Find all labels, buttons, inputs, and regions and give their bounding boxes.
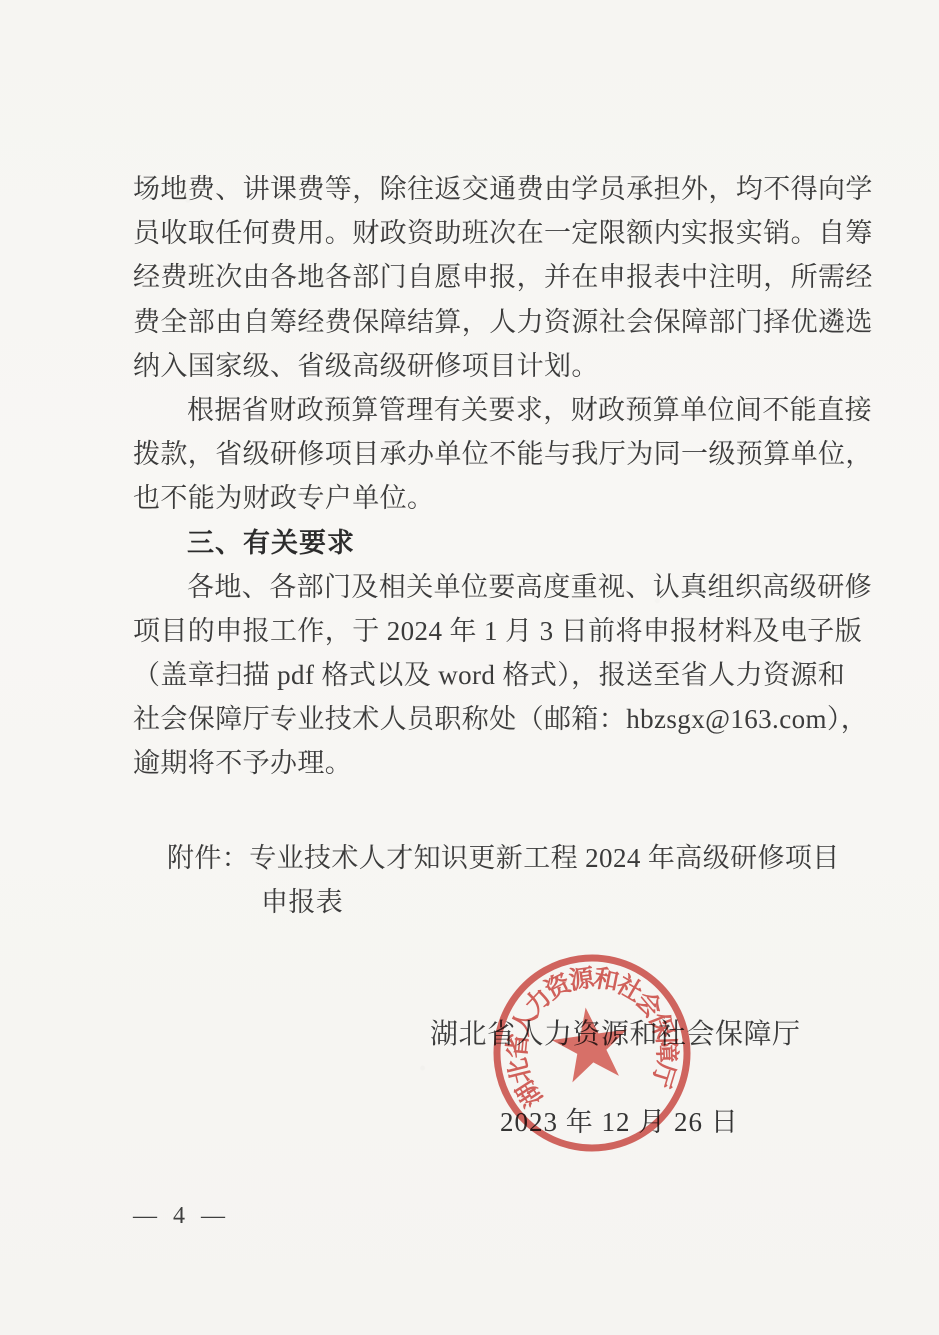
body-text-line: （盖章扫描 pdf 格式以及 word 格式），报送至省人力资源和 <box>133 653 823 697</box>
body-text-line: 员收取任何费用。财政资助班次在一定限额内实报实销。自筹 <box>133 211 823 255</box>
body-text-line: 拨款，省级研修项目承办单位不能与我厅为同一级预算单位， <box>133 432 823 476</box>
body-text-line: 社会保障厅专业技术人员职称处（邮箱：hbzsgx@163.com）， <box>133 697 823 741</box>
document-body: 场地费、讲课费等，除往返交通费由学员承担外，均不得向学 员收取任何费用。财政资助… <box>133 167 823 786</box>
body-text-line: 纳入国家级、省级高级研修项目计划。 <box>133 344 823 388</box>
body-text-line: 费全部由自筹经费保障结算，人力资源社会保障部门择优遴选 <box>133 300 823 344</box>
body-text-line: 经费班次由各地各部门自愿申报，并在申报表中注明，所需经 <box>133 255 823 299</box>
attachment-note: 附件：专业技术人才知识更新工程 2024 年高级研修项目 申报表 <box>167 836 840 924</box>
seal-arc-character: 资 <box>540 967 576 1005</box>
section-heading: 三、有关要求 <box>133 521 823 565</box>
attachment-line: 申报表 <box>167 880 840 924</box>
page-number: — 4 — <box>133 1203 230 1230</box>
body-text-line: 各地、各部门及相关单位要高度重视、认真组织高级研修 <box>133 565 823 609</box>
document-page: 场地费、讲课费等，除往返交通费由学员承担外，均不得向学 员收取任何费用。财政资助… <box>0 0 939 1335</box>
seal-arc-character: 社 <box>611 970 648 1007</box>
body-text-line: 项目的申报工作，于 2024 年 1 月 3 日前将申报材料及电子版 <box>133 609 823 653</box>
body-text-line: 根据省财政预算管理有关要求，财政预算单位间不能直接 <box>133 388 823 432</box>
body-text-line: 场地费、讲课费等，除往返交通费由学员承担外，均不得向学 <box>133 167 823 211</box>
attachment-line: 附件：专业技术人才知识更新工程 2024 年高级研修项目 <box>167 836 840 880</box>
body-text-line: 也不能为财政专户单位。 <box>133 476 823 520</box>
seal-arc-character: 北 <box>504 1055 536 1086</box>
seal-arc-character: 源 <box>567 964 597 995</box>
signature-organization: 湖北省人力资源和社会保障厅 <box>430 1014 801 1056</box>
body-text-line: 逾期将不予办理。 <box>133 741 823 785</box>
seal-arc-character: 和 <box>591 964 621 996</box>
signature-date: 2023 年 12 月 26 日 <box>500 1101 739 1143</box>
seal-arc-character: 厅 <box>646 1059 680 1091</box>
